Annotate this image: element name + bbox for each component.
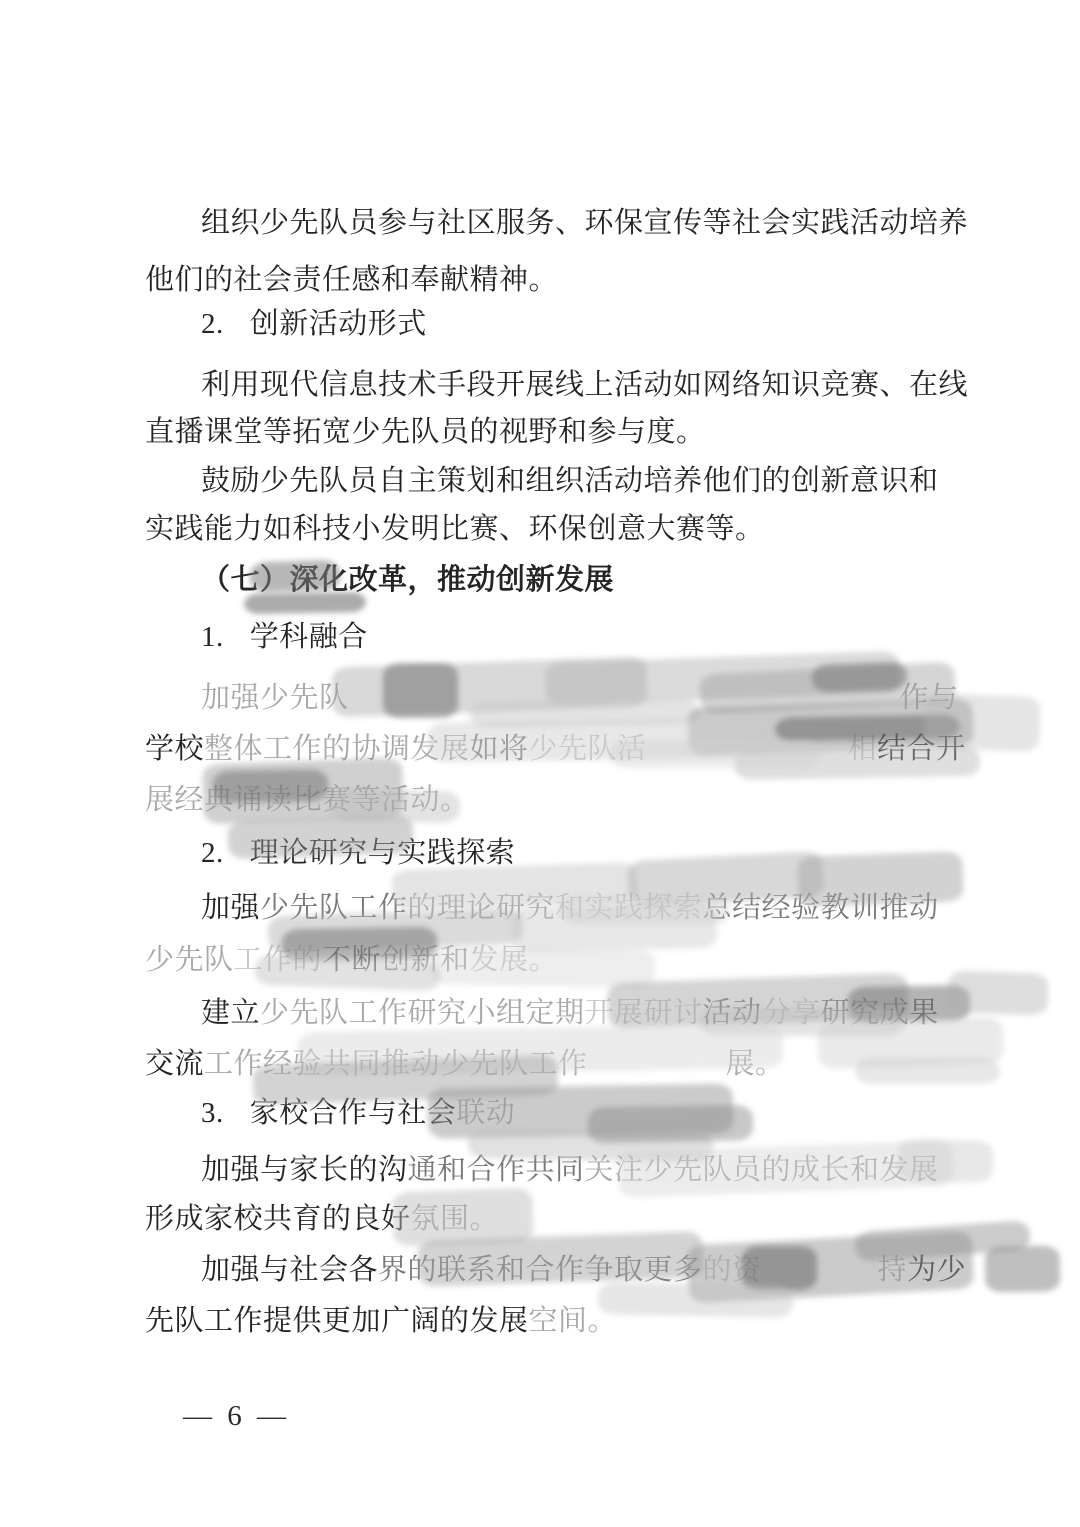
text-segment: 活动 (703, 997, 762, 1029)
smudged-gap (762, 1272, 878, 1273)
text-segment: 氛围。 (411, 1203, 500, 1235)
text-segment: 建立 (201, 997, 260, 1029)
text-segment: 作与 (900, 682, 959, 714)
text-segment: 总结经验教训推动 (703, 892, 939, 924)
text-line-smudged: 加强少先队作与 (145, 680, 1080, 716)
text-segment: 相 (848, 733, 878, 765)
text-segment: 形成家校共育的良好 (145, 1203, 411, 1235)
list-number: 2. (201, 837, 224, 869)
subsection-title-faded: 联动 (456, 1097, 515, 1129)
text-segment: 学校 (145, 733, 204, 765)
text-segment: 组织少先队员参与社区服务、环保宣传等社会实践活动培养 (201, 207, 968, 239)
subsection-heading: 1.学科融合 (145, 619, 1080, 655)
text-segment: 先队工作提供更加广阔的发展 (145, 1305, 529, 1337)
text-segment: 界的联系和合作争取更多 (378, 1254, 703, 1286)
text-line: 组织少先队员参与社区服务、环保宣传等社会实践活动培养 (145, 205, 1080, 241)
text-segment: 加强与家长的沟 (201, 1154, 408, 1186)
text-line-smudged: 加强与家长的沟通和合作共同关注少先队员的成长和发展 (145, 1152, 1080, 1188)
text-line: 直播课堂等拓宽少先队员的视野和参与度。 (145, 414, 1025, 450)
text-segment: 交流 (145, 1048, 204, 1080)
page-number: — 6 — (183, 1400, 290, 1433)
text-segment: 分享 (762, 997, 821, 1029)
text-segment: 展。 (726, 1048, 785, 1080)
text-segment: 少先队活 (529, 733, 647, 765)
text-line-smudged: 形成家校共育的良好氛围。 (145, 1201, 1025, 1237)
section-title: （七）深化改革，推动创新发展 (201, 564, 614, 596)
subsection-title: 家校合作与社会 (250, 1097, 457, 1129)
text-segment: 少先队 (145, 944, 234, 976)
text-line-smudged: 加强与社会各界的联系和合作争取更多的资持为少 (145, 1252, 1080, 1288)
text-segment: 通和合作共同 (408, 1154, 585, 1186)
list-number: 1. (201, 621, 224, 653)
text-segment: 工作的 (234, 944, 323, 976)
text-segment: 研究成果 (821, 997, 939, 1029)
smudged-gap (588, 1066, 726, 1067)
text-line: 实践能力如科技小发明比赛、环保创意大赛等。 (145, 511, 1025, 547)
subsection-title: 创新活动形式 (250, 308, 427, 340)
text-line-smudged: 少先队工作的不断创新和发展。 (145, 942, 1025, 978)
text-segment: 不断 (322, 944, 381, 976)
text-line-smudged: 加强少先队工作的理论研究和实践探索总结经验教训推动 (145, 890, 1080, 926)
text-segment: 直播课堂等拓宽少先队员的视野和参与度。 (145, 416, 706, 448)
text-segment: 关注少先队员的成长和发展 (585, 1154, 939, 1186)
text-segment: 整体工作的协调发展 (204, 733, 470, 765)
subsection-title: 理论研究与实践探索 (250, 837, 516, 869)
text-segment: 展经典诵读比赛等活动。 (145, 784, 470, 816)
text-segment: 加强与社会各 (201, 1254, 378, 1286)
text-segment: 他们的社会责任感和奉献精神。 (145, 264, 558, 296)
text-line: 鼓励少先队员自主策划和组织活动培养他们的创新意识和 (145, 463, 1080, 499)
text-segment: 的资 (703, 1254, 762, 1286)
text-segment: 工作经验共同推动少先队工作 (204, 1048, 588, 1080)
text-segment: 鼓励少先队员自主策划和组织活动培养他们的创新意识和 (201, 465, 939, 497)
text-segment: 空间。 (529, 1305, 618, 1337)
text-segment: 持 (878, 1254, 908, 1286)
smudged-gap (349, 700, 900, 701)
text-segment: 开展研讨 (585, 997, 703, 1029)
text-segment: 加强少先队 (201, 682, 349, 714)
smudged-gap (647, 751, 848, 752)
text-segment: 创新和 (381, 944, 470, 976)
subsection-heading: 2.创新活动形式 (145, 306, 1080, 342)
section-heading: （七）深化改革，推动创新发展 (145, 562, 1080, 598)
text-line-smudged: 交流工作经验共同推动少先队工作展。 (145, 1046, 1025, 1082)
text-segment: 实践能力如科技小发明比赛、环保创意大赛等。 (145, 513, 765, 545)
text-segment: 发展。 (470, 944, 559, 976)
text-line-smudged: 先队工作提供更加广阔的发展空间。 (145, 1303, 1025, 1339)
document-page: 组织少先队员参与社区服务、环保宣传等社会实践活动培养 他们的社会责任感和奉献精神… (0, 0, 1080, 1527)
text-line-smudged: 展经典诵读比赛等活动。 (145, 782, 1025, 818)
list-number: 3. (201, 1097, 224, 1129)
text-segment: 为少 (907, 1254, 966, 1286)
text-line-smudged: 建立少先队工作研究小组定期开展研讨活动分享研究成果 (145, 995, 1080, 1031)
text-segment: 结合开 (877, 733, 966, 765)
text-segment: 如将 (470, 733, 529, 765)
text-segment: 利用现代信息技术手段开展线上活动如网络知识竞赛、在线 (201, 369, 968, 401)
text-segment: 加强 (201, 892, 260, 924)
text-segment: 和实践探索 (555, 892, 703, 924)
text-line-smudged: 学校整体工作的协调发展如将少先队活相结合开 (145, 731, 1025, 767)
subsection-heading: 3.家校合作与社会联动 (145, 1095, 1080, 1131)
text-line: 他们的社会责任感和奉献精神。 (145, 262, 1025, 298)
text-line: 利用现代信息技术手段开展线上活动如网络知识竞赛、在线 (145, 367, 1080, 403)
text-segment: 少先队工作 (260, 892, 408, 924)
text-segment: 的理论研究 (408, 892, 556, 924)
text-segment: 少先队工作研究小组定期 (260, 997, 585, 1029)
subsection-heading: 2.理论研究与实践探索 (145, 835, 1080, 871)
subsection-title: 学科融合 (250, 621, 368, 653)
list-number: 2. (201, 308, 224, 340)
